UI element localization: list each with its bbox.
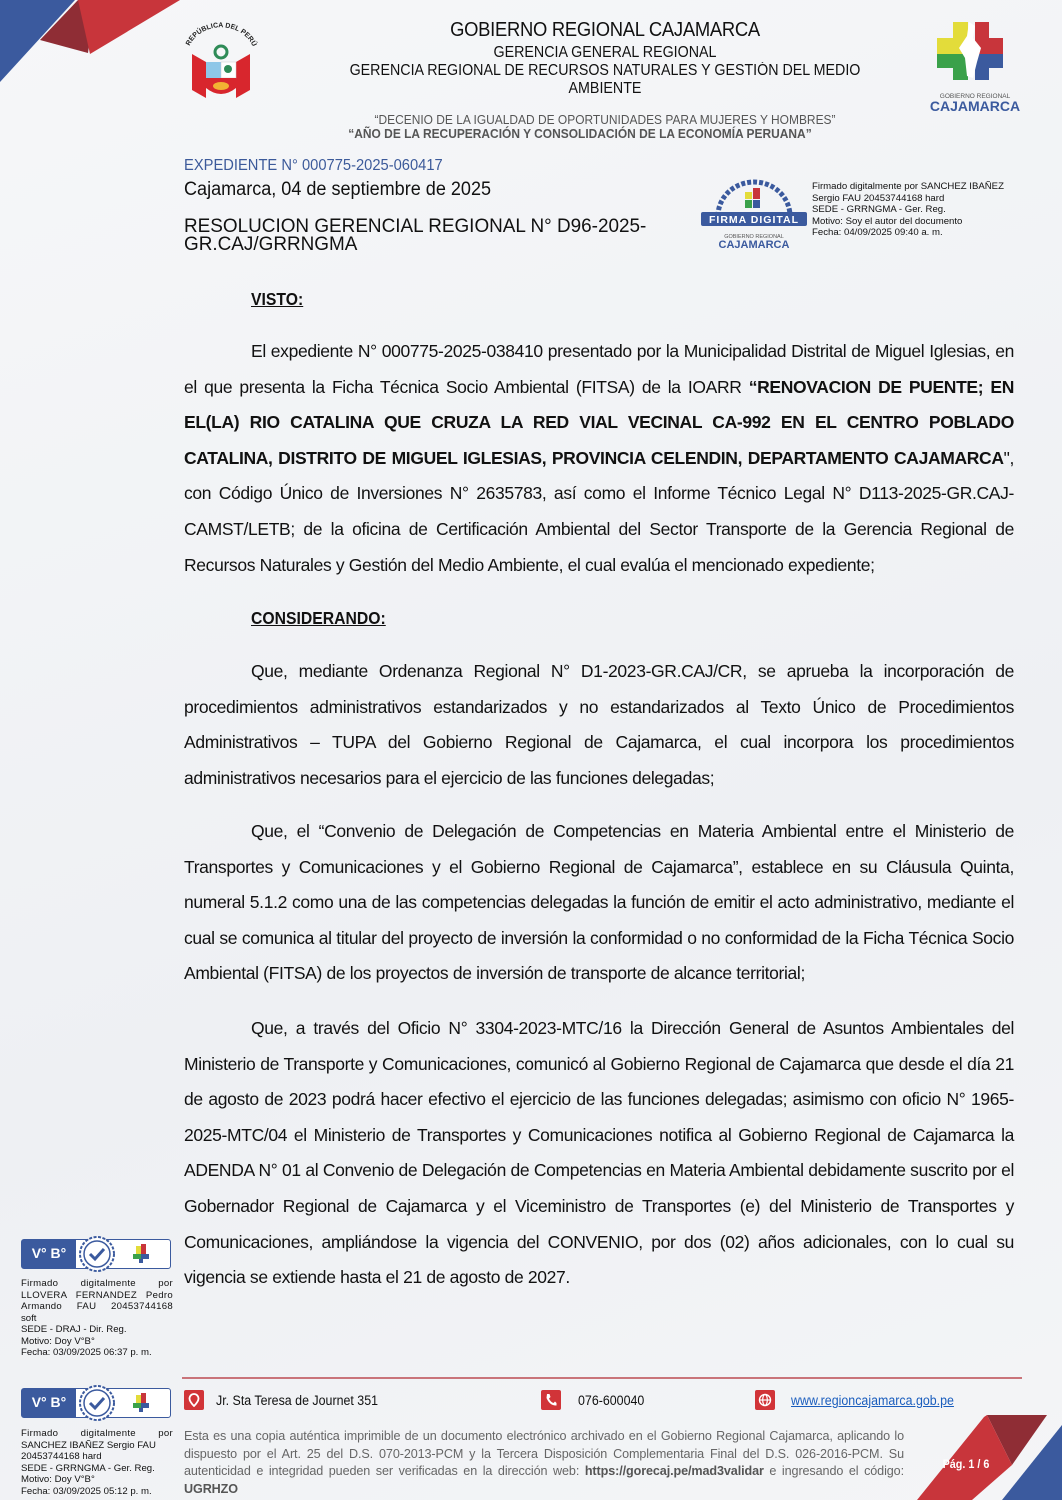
decorative-corner-bottom-right bbox=[892, 1405, 1062, 1500]
visto-bueno-badge: V° B° bbox=[21, 1239, 171, 1269]
vb-label: V° B° bbox=[22, 1389, 76, 1417]
signature-line: Fecha: 04/09/2025 09:40 a. m. bbox=[812, 227, 1004, 239]
signature-line: SANCHEZ IBAÑEZ Sergio FAU bbox=[21, 1440, 173, 1452]
visto-paragraph: El expediente N° 000775-2025-038410 pres… bbox=[184, 334, 1014, 583]
footer-phone: 076-600040 bbox=[578, 1393, 644, 1408]
signature-line: Fecha: 03/09/2025 05:12 p. m. bbox=[21, 1486, 173, 1498]
vb-label: V° B° bbox=[22, 1240, 76, 1268]
org-title: GOBIERNO REGIONAL CAJAMARCA bbox=[352, 19, 858, 42]
signature-line: SEDE - GRRNGMA - Ger. Reg. bbox=[812, 204, 1004, 216]
peru-coat-of-arms-logo: REPÚBLICA DEL PERÚ bbox=[178, 18, 264, 108]
considerando-paragraph-2: Que, el “Convenio de Delegación de Compe… bbox=[184, 814, 1014, 992]
signature-line: SEDE - DRAJ - Dir. Reg. bbox=[21, 1324, 173, 1336]
logo-big-text: CAJAMARCA bbox=[925, 100, 1025, 112]
considerando-heading: CONSIDERANDO: bbox=[251, 608, 386, 629]
page-number: Pág. 1 / 6 bbox=[943, 1457, 990, 1471]
authenticity-disclaimer: Esta es una copia auténtica imprimible d… bbox=[184, 1428, 904, 1498]
website-link[interactable]: www.regioncajamarca.gob.pe bbox=[791, 1393, 954, 1408]
svg-text:REPÚBLICA DEL PERÚ: REPÚBLICA DEL PERÚ bbox=[185, 22, 259, 48]
considerando-paragraph-3: Que, a través del Oficio N° 3304-2023-MT… bbox=[184, 1011, 1014, 1296]
visto-heading: VISTO: bbox=[251, 289, 303, 310]
expediente-number: EXPEDIENTE N° 000775-2025-060417 bbox=[184, 157, 443, 175]
signature-line: Motivo: Doy V°B° bbox=[21, 1474, 173, 1486]
side-signature-info: Firmado digitalmente por LLOVERA FERNAND… bbox=[21, 1278, 173, 1359]
signature-line: Sergio FAU 20453744168 hard bbox=[812, 193, 1004, 205]
firma-digital-stamp: FIRMA DIGITAL GOBIERNO REGIONAL CAJAMARC… bbox=[698, 176, 810, 250]
place-date: Cajamarca, 04 de septiembre de 2025 bbox=[184, 179, 491, 201]
resolution-title-line-2: GR.CAJ/GRRNGMA bbox=[184, 235, 646, 253]
check-seal-icon bbox=[78, 1235, 116, 1273]
motto-year: “AÑO DE LA RECUPERACIÓN Y CONSOLIDACIÓN … bbox=[295, 126, 865, 141]
svg-text:FIRMA DIGITAL: FIRMA DIGITAL bbox=[709, 214, 799, 226]
validation-url[interactable]: https://gorecaj.pe/mad3validar bbox=[585, 1464, 764, 1478]
signature-line: Motivo: Doy V°B° bbox=[21, 1336, 173, 1348]
signature-line: Armando FAU 20453744168 bbox=[21, 1301, 173, 1313]
decorative-corner-top-left bbox=[0, 0, 200, 90]
signature-line: Firmado digitalmente por SANCHEZ IBAÑEZ bbox=[812, 181, 1004, 193]
footer-divider bbox=[182, 1377, 1022, 1379]
signature-line: Firmado digitalmente por bbox=[21, 1428, 173, 1440]
visto-bueno-badge: V° B° bbox=[21, 1388, 171, 1418]
disclaimer-text: e ingresando el código: bbox=[764, 1464, 904, 1478]
signature-line: 20453744168 hard bbox=[21, 1451, 173, 1463]
footer-address: Jr. Sta Teresa de Journet 351 bbox=[216, 1393, 378, 1408]
phone-icon bbox=[541, 1390, 561, 1410]
digital-signature-info: Firmado digitalmente por SANCHEZ IBAÑEZ … bbox=[812, 181, 1004, 239]
signature-line: soft bbox=[21, 1313, 173, 1325]
org-subtitle-general: GERENCIA GENERAL REGIONAL bbox=[324, 44, 885, 62]
signature-line: SEDE - GRRNGMA - Ger. Reg. bbox=[21, 1463, 173, 1475]
location-pin-icon bbox=[184, 1390, 204, 1410]
considerando-paragraph-1: Que, mediante Ordenanza Regional N° D1-2… bbox=[184, 654, 1014, 796]
signature-line: Fecha: 03/09/2025 06:37 p. m. bbox=[21, 1347, 173, 1359]
cajamarca-mark-icon bbox=[130, 1243, 152, 1265]
cajamarca-mark-icon bbox=[130, 1392, 152, 1414]
check-seal-icon bbox=[78, 1384, 116, 1422]
globe-icon bbox=[755, 1390, 775, 1410]
org-subtitle-gerencia: GERENCIA REGIONAL DE RECURSOS NATURALES … bbox=[324, 62, 885, 98]
signature-line: LLOVERA FERNANDEZ Pedro bbox=[21, 1290, 173, 1302]
gobierno-regional-cajamarca-logo: GOBIERNO REGIONAL CAJAMARCA bbox=[925, 18, 1025, 110]
signature-line: Motivo: Soy el autor del documento bbox=[812, 216, 1004, 228]
side-signature-info: Firmado digitalmente por SANCHEZ IBAÑEZ … bbox=[21, 1428, 173, 1497]
firma-sub-big: CAJAMARCA bbox=[698, 240, 810, 250]
resolution-title: RESOLUCION GERENCIAL REGIONAL N° D96-202… bbox=[184, 217, 646, 253]
motto-decenio: “DECENIO DE LA IGUALDAD DE OPORTUNIDADES… bbox=[324, 112, 885, 127]
validation-code: UGRHZO bbox=[184, 1482, 238, 1496]
signature-line: Firmado digitalmente por bbox=[21, 1278, 173, 1290]
